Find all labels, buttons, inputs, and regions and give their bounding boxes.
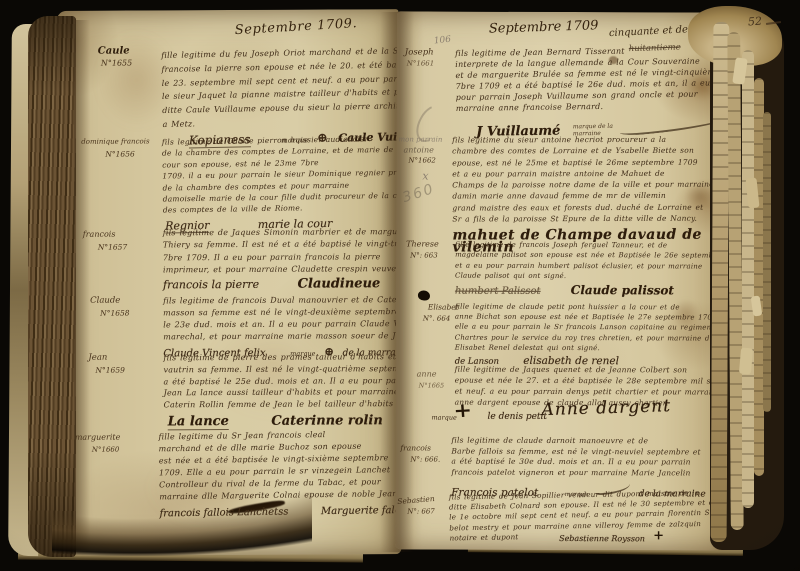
signature: Caterinne rolin [271, 413, 382, 429]
manuscript-line: et a eu pour parrain maistre antoine de … [452, 168, 722, 180]
manuscript-line: damin marie anne davaud femme de mr de v… [452, 190, 722, 202]
manuscript-line: fils legitime du sieur antoine hecriot p… [452, 134, 722, 146]
pencil-annotation: 106 [433, 35, 451, 47]
entry-text: fille legitime de francois Joseph fergue… [455, 240, 725, 298]
entry-margin-name: anne [417, 369, 437, 378]
entry-margin-number: N°1657 [98, 243, 127, 252]
month-heading: Septembre 1709 [489, 18, 599, 36]
bottom-page-curve [52, 492, 312, 556]
signature: La lance [168, 414, 229, 430]
manuscript-photo: Septembre 1709. Caule N°1655 fille legit… [0, 0, 800, 571]
entry-text: fils legitime de Jean Bernard Tisserant … [455, 44, 724, 139]
gutter-shadow [380, 12, 414, 552]
manuscript-line: 7bre 1709. Il a eu pour parrain francois… [163, 251, 393, 265]
baptism-entry: mon parrain antoine N°1662 x 360 fils le… [397, 133, 729, 134]
entry-text: fils legitime de Jaques Simonin marbrier… [163, 226, 393, 293]
month-heading: Septembre 1709. [234, 16, 357, 38]
page-edge-strip [763, 112, 771, 412]
spine-page-stack [28, 16, 76, 557]
ink-blot [418, 290, 430, 300]
manuscript-line: Thiery sa femme. Il est né et a été bapt… [163, 238, 393, 252]
entry-margin-number: N°1665 [419, 382, 445, 390]
signature: Anne dargent [541, 396, 671, 420]
left-page: Septembre 1709. Caule N°1655 fille legit… [57, 9, 402, 556]
signature-row: humbert Palissot Claude palissot [455, 284, 725, 297]
folio-page-number: 52 [748, 15, 763, 29]
entry-margin-name: Claude [90, 296, 120, 306]
torn-page-flap [739, 348, 753, 375]
signature: le denis petit [488, 412, 548, 422]
page-edge-strip [742, 50, 754, 508]
baptism-entry: francois N°1657 fils legitime de Jaques … [58, 226, 400, 228]
baptism-entry: Therese N°: 663 fille legitime de franco… [396, 239, 728, 240]
baptism-entry: Jean N°1659 fils legitime de pierre des … [58, 351, 400, 353]
entry-margin-name: Caule [98, 46, 130, 57]
entry-text: fille legitime de claude petit pont huis… [455, 302, 725, 368]
manuscript-line: Claude palisot qui ont signé. [455, 271, 725, 282]
baptism-entry: Joseph N°1661 fils legitime de Jean Bern… [397, 45, 729, 46]
baptism-entry: anne N°1665 fille legitime de Jaques que… [396, 363, 728, 364]
entry-margin-number: N°1656 [105, 149, 134, 158]
entry-text: fils legitime de Charle pierron huissier… [162, 133, 395, 233]
signature: humbert Palissot [455, 285, 541, 296]
manuscript-line: fils legitime de Jaques Simonin marbrier… [163, 226, 393, 240]
manuscript-line: fille legitime de Jaques quenet et de Je… [455, 364, 723, 376]
signature: Claudineue [298, 276, 381, 291]
manuscript-line: epouse, est né le 25me et baptisé le 26m… [452, 156, 722, 168]
entry-margin-name: Jean [88, 353, 107, 363]
spine-shadow [74, 20, 90, 550]
cross-mark-icon: + [653, 528, 664, 543]
manuscript-line: Elisabet Renel delestat qui ont signé. [455, 342, 725, 353]
entry-margin-number: N°1659 [95, 366, 124, 375]
baptism-entry: francois N°: 666. fils legitime de claud… [395, 435, 727, 436]
manuscript-line: chambre des comtes de Lorraine et de Ysa… [452, 145, 722, 157]
manuscript-line: elle a eu pour parrain le Sr francois La… [455, 322, 725, 333]
entry-margin-name: dominique francois [81, 137, 149, 145]
manuscript-line: francois patelot vigneron et pour marrai… [451, 467, 721, 478]
signature: Sebastienne Roysson [559, 534, 645, 543]
signature-row: francois la pierre Claudineue [163, 278, 393, 293]
manuscript-line: fils legitime de claude darnoit manoeuvr… [451, 436, 721, 447]
pencil-x-mark: x [422, 170, 428, 183]
signature-row: La lance Caterinne rolin [164, 415, 394, 429]
signature: Claude palissot [571, 283, 674, 297]
manuscript-line: des comptes de la ville de Riome. [163, 201, 395, 216]
entry-margin-number: N°1660 [92, 446, 119, 454]
entry-margin-number: N°. 664 [423, 315, 450, 323]
manuscript-line: epouse et née le 27. et a été baptisée l… [455, 375, 723, 387]
entry-text: fils legitime du sieur antoine hecriot p… [452, 134, 722, 254]
manuscript-line: Champs de la paroisse notre dame de la v… [452, 179, 722, 191]
manuscript-line: Sr a fils de la paroisse St Epure de la … [452, 213, 722, 225]
manuscript-line: vautrin sa femme. Il est né le vingt-qua… [163, 363, 393, 376]
baptism-entry: Caule N°1655 fille legitime du feu Josep… [57, 44, 399, 46]
entry-margin-number: N°: 663 [410, 251, 438, 259]
manuscript-line: a été baptisé le 30e dud. mois et an. Il… [451, 457, 721, 468]
manuscript-line: fils legitime de pierre des prames taill… [163, 351, 393, 364]
manuscript-line: imprimeur, et pour marraine Claudette cr… [163, 263, 393, 277]
signature: francois la pierre [163, 278, 259, 292]
entry-text: fils legitime de pierre des prames taill… [163, 351, 393, 429]
manuscript-line: magdelaine palisot son epouse est née et… [455, 250, 725, 261]
manuscript-line: marraine anne francoise Bernard. [456, 99, 724, 114]
entry-margin-number: N°1658 [100, 309, 129, 318]
entry-margin-number: N°1655 [101, 59, 132, 68]
entry-margin-number: N°: 666. [410, 455, 440, 463]
manuscript-line: grand maistre des eaux et forests dud. d… [452, 201, 722, 213]
manuscript-line: marechal, et pour marraine marie masson … [163, 330, 393, 343]
manuscript-line: Chartres pour le service du roy tres chr… [455, 332, 725, 343]
right-page: Septembre 1709 cinquante et deuxieme hui… [395, 11, 729, 550]
manuscript-line: et neuf. a eu pour parrain denys petit c… [455, 386, 723, 398]
cross-mark-icon: + [453, 398, 473, 422]
page-edge-strip [711, 22, 730, 542]
baptism-entry: Claude N°1658 fils legitime de francois … [58, 294, 400, 296]
baptism-entry: Sebastien N°: 667 fils legitime de Jean … [395, 489, 727, 490]
manuscript-line: Caterin Rollin femme de Jean le bel tail… [164, 398, 394, 411]
baptism-entry: marguerite N°1660 fille legitime du Sr J… [59, 429, 401, 431]
